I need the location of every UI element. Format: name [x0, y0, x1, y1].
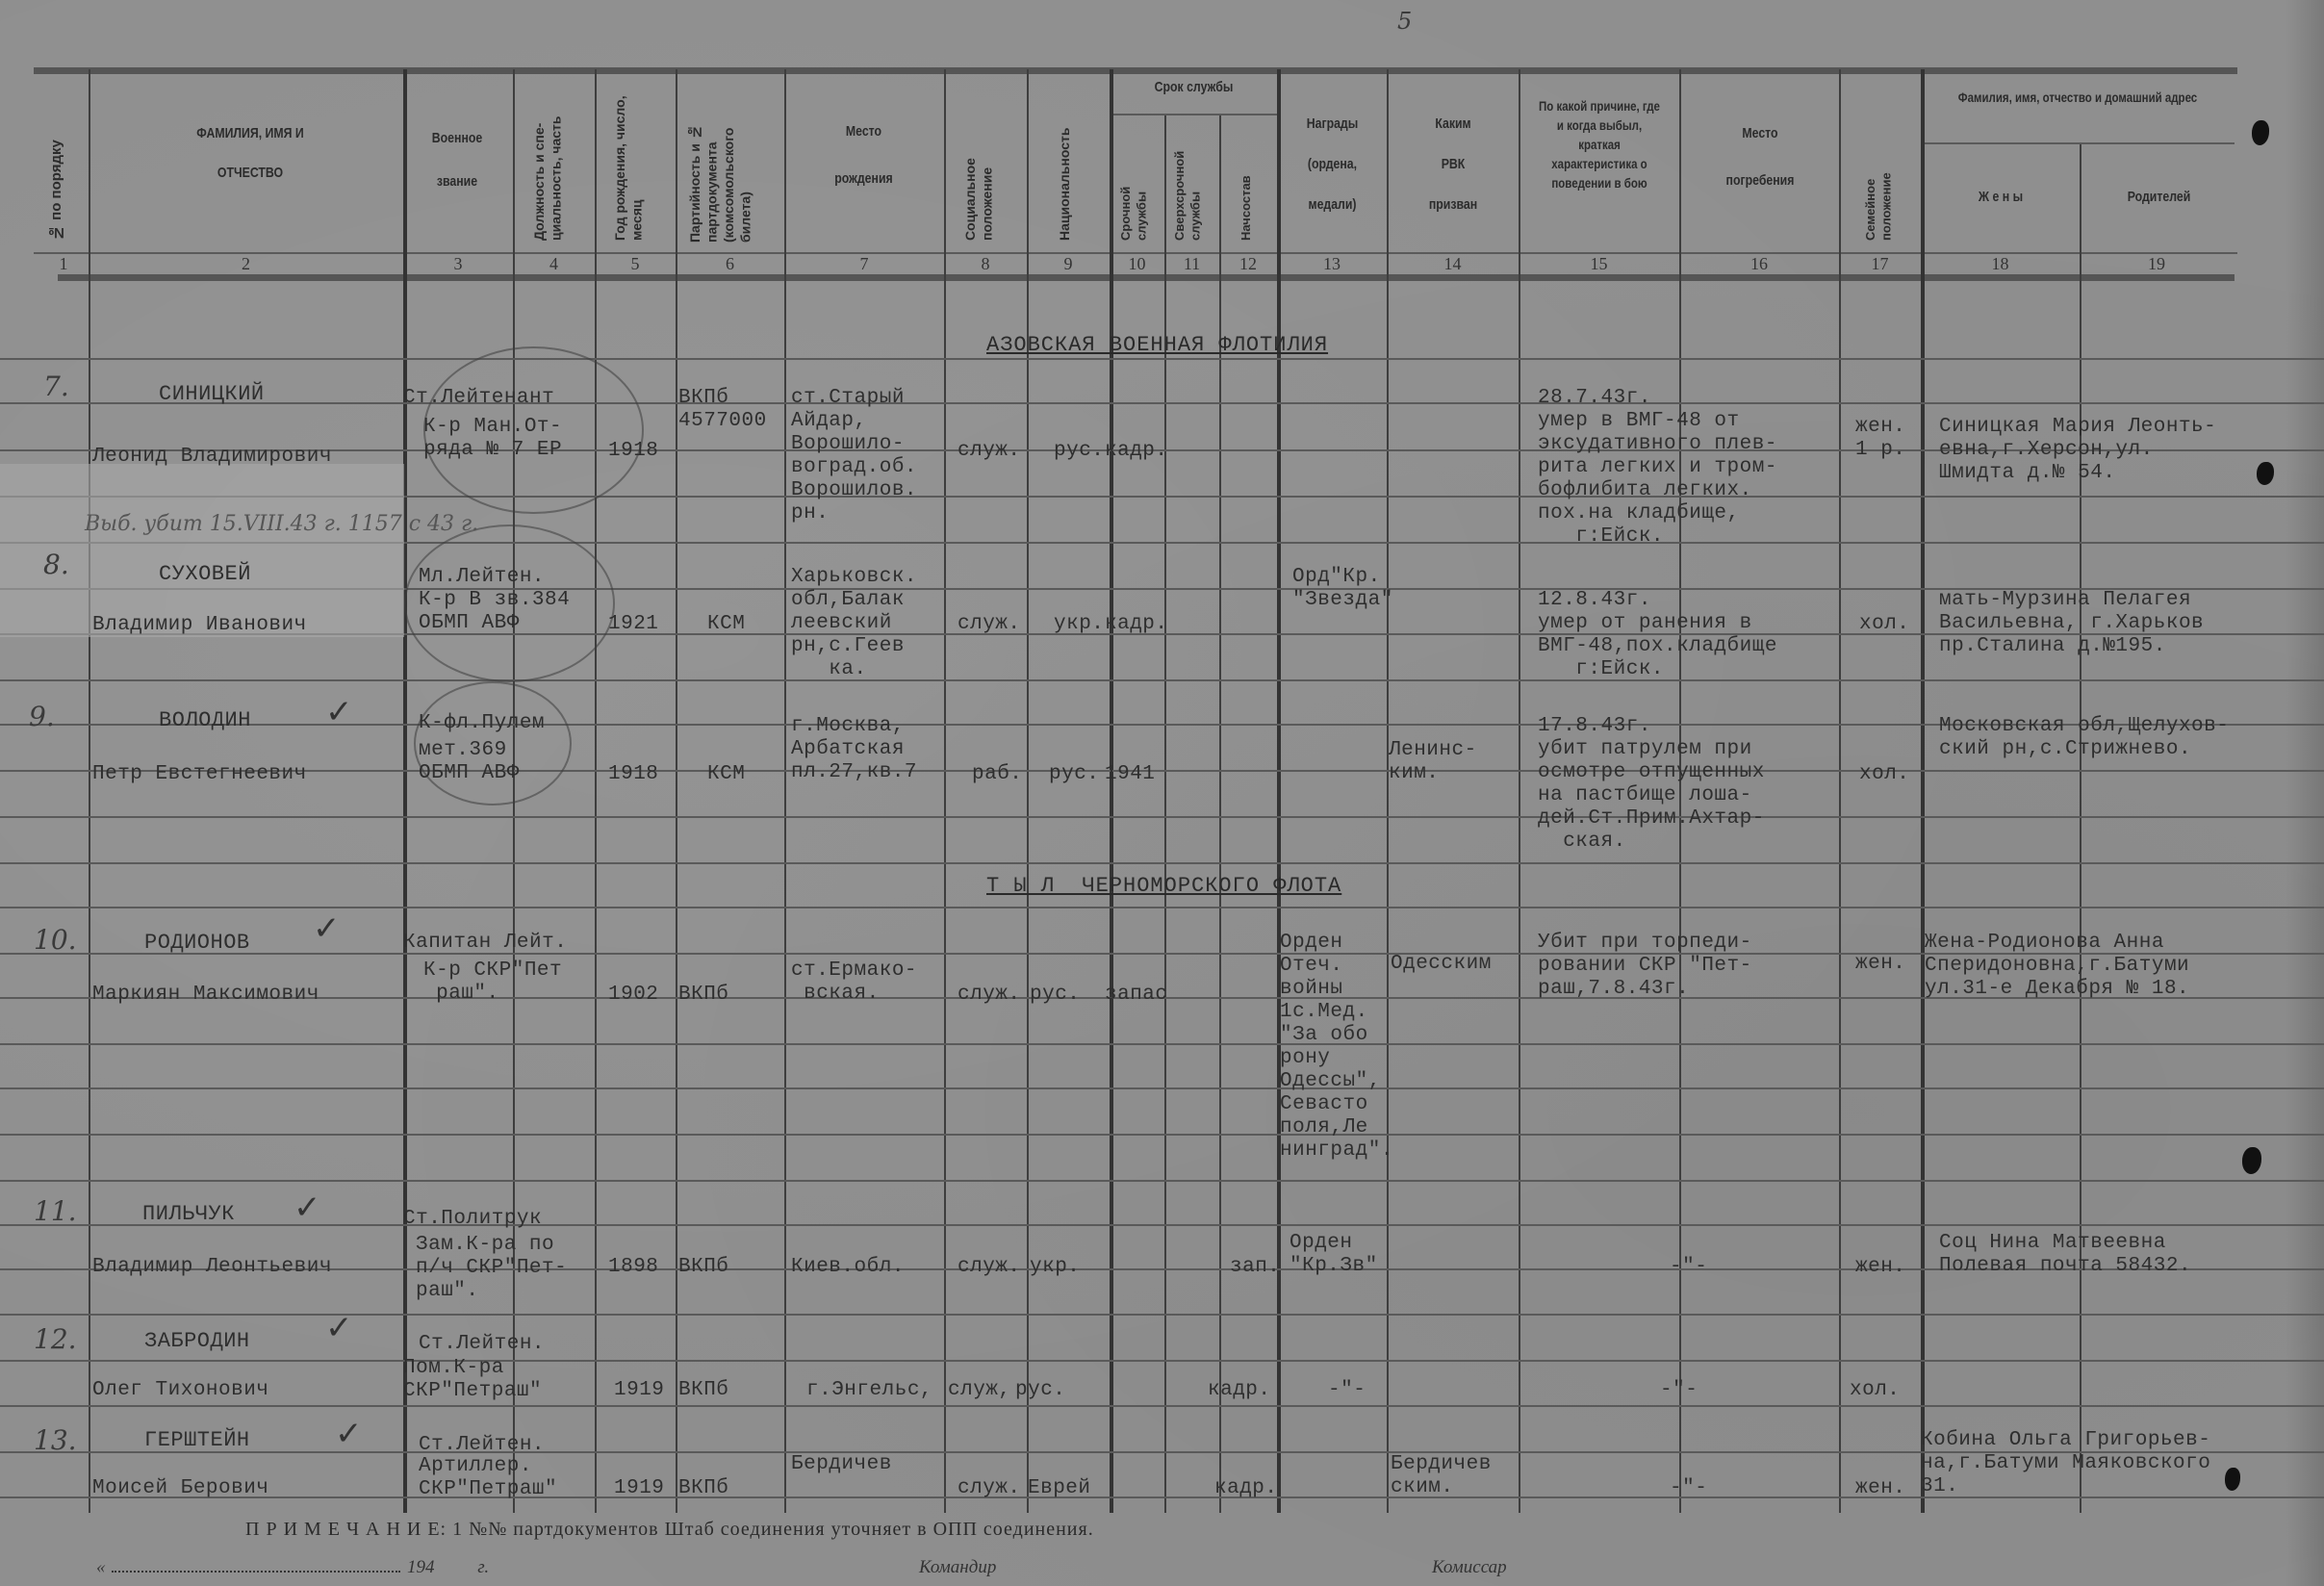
header-col-3-line1: Военное [418, 130, 497, 148]
header-col-14: Каким РВК призван [1403, 111, 1504, 218]
social-status: служ. [958, 440, 1021, 463]
service-term: кадр. [1214, 1477, 1278, 1500]
given-name: Моисей Берович [92, 1477, 268, 1500]
rank: Ст.Лейтен. [419, 1434, 545, 1457]
family-status: жен. [1855, 953, 1905, 976]
given-name: Владимир Леонтьевич [92, 1256, 332, 1279]
ledger-line [0, 907, 2324, 908]
family-status: хол. [1859, 613, 1909, 636]
rank: Ст.Лейтенант [403, 387, 554, 410]
punch-hole [2242, 1147, 2261, 1174]
header-col-7-line1: Место [803, 123, 925, 141]
rank: Ст.Лейтен. [419, 1333, 545, 1356]
punch-hole [2225, 1468, 2240, 1491]
wife-address: мать-Мурзина Пелагея Васильевна, г.Харьк… [1939, 589, 2204, 658]
date-open-quote: « [96, 1557, 106, 1577]
conscription-office: Ленинс- ким. [1389, 739, 1477, 785]
header-col-3: Военное звание [418, 130, 497, 192]
party: КСМ [707, 763, 745, 786]
header-col-7-line2: рождения [803, 170, 925, 189]
col-num-18: 18 [1921, 254, 2080, 274]
punch-hole [2257, 462, 2274, 485]
header-col-17: Семейное положение [1863, 144, 1902, 241]
service-term: 1941 [1105, 763, 1155, 786]
ledger-line [0, 862, 2324, 864]
date-suffix: г. [477, 1557, 489, 1577]
ledger-line [0, 770, 2324, 772]
given-name: Маркиян Максимович [92, 984, 319, 1007]
birthplace: Харьковск. обл,Балак леевский рн,с.Геев … [791, 566, 917, 681]
reason: -"- [1660, 1379, 1698, 1402]
awards: Орден "Кр.Зв" [1290, 1232, 1378, 1278]
row-number: 10. [34, 924, 77, 956]
surname: ГЕРШТЕЙН [144, 1429, 250, 1452]
rank: Капитан Лейт. [403, 932, 567, 955]
checkmark-icon: ✓ [335, 1415, 363, 1453]
commissar-signature-label: Комиссар [1432, 1557, 1507, 1578]
reason: 12.8.43г. умер от ранения в ВМГ-48,пох.к… [1538, 589, 1777, 681]
reason: 28.7.43г. умер в ВМГ-48 от эксудативного… [1538, 387, 1777, 549]
commander-signature-label: Командир [919, 1557, 996, 1578]
header-col-6: Партийность и № партдокумента (комсомоль… [687, 77, 774, 243]
surname: ЗАБРОДИН [144, 1330, 250, 1353]
ledger-line [0, 1224, 2324, 1226]
header-col-2-line1: ФАМИЛИЯ, ИМЯ И [140, 125, 361, 143]
footer-note-label: П Р И М Е Ч А Н И Е: [245, 1519, 447, 1540]
header-col-18: Ж е н ы [1938, 189, 2063, 207]
col-num-1: 1 [38, 254, 89, 274]
col-num-4: 4 [513, 254, 595, 274]
header-col-16-line1: Место [1698, 125, 1823, 143]
row-number: 8. [43, 549, 69, 580]
header-col-15: По какой причине, где и когда выбыл, кра… [1536, 96, 1662, 192]
awards: Орд"Кр. "Звезда" [1292, 566, 1393, 612]
header-col-13-line2: (ордена, [1290, 151, 1373, 178]
ledger-line [0, 402, 2324, 404]
ledger-line [0, 1087, 2324, 1089]
header-col-13-line3: медали) [1290, 192, 1373, 218]
position: мет.369 ОБМП АВФ [419, 739, 520, 785]
social-status: служ, [948, 1379, 1011, 1402]
birth-year: 1898 [608, 1256, 658, 1279]
row-number: 12. [34, 1323, 77, 1355]
date-year: 194 [407, 1557, 435, 1577]
section-title-black-sea: Т Ы Л ЧЕРНОМОРСКОГО ФЛОТА [986, 874, 1341, 898]
header-col-2-line2: ОТЧЕСТВО [140, 165, 361, 183]
col-num-12: 12 [1219, 254, 1277, 274]
nationality: рус. [1049, 763, 1099, 786]
service-term: кадр. [1105, 440, 1168, 463]
position: К-р Ман.От- ряда № 7 ЕР [423, 416, 562, 462]
rank: К-фл.Пулем [419, 712, 545, 735]
col-num-19: 19 [2080, 254, 2234, 274]
service-term: запас [1105, 984, 1168, 1007]
checkmark-icon: ✓ [325, 693, 353, 731]
position: Зам.К-ра по п/ч СКР"Пет- раш". [416, 1234, 567, 1303]
header-col-7: Место рождения [803, 123, 925, 189]
col-divider-14 [1519, 69, 1520, 1513]
position: Артиллер. СКР"Петраш" [419, 1455, 557, 1501]
family-group-rule [1921, 142, 2235, 144]
surname: ПИЛЬЧУК [142, 1203, 235, 1226]
ledger-line [0, 1405, 2324, 1407]
col-divider-5 [676, 69, 677, 1513]
service-term: кадр. [1105, 613, 1168, 636]
social-status: служ. [958, 984, 1021, 1007]
wife-address: Соц Нина Матвеевна Полевая почта 58432. [1939, 1232, 2191, 1278]
col-divider-16 [1839, 69, 1841, 1513]
nationality: Еврей [1028, 1477, 1091, 1500]
col-num-15: 15 [1519, 254, 1679, 274]
social-status: служ. [958, 613, 1021, 636]
col-divider-17 [1921, 69, 1925, 1513]
given-name: Владимир Иванович [92, 614, 307, 637]
col-divider-8 [1027, 69, 1029, 1513]
birthplace: г.Москва, Арбатская пл.27,кв.7 [791, 715, 917, 784]
nationality: укр. [1054, 613, 1104, 636]
col-divider-18 [2080, 144, 2081, 1513]
header-col-14-line1: Каким [1403, 111, 1504, 138]
col-divider-11 [1219, 115, 1221, 1513]
birth-year: 1919 [614, 1477, 664, 1500]
rank: Ст.Политрук [403, 1208, 542, 1231]
party: ВКПб 4577000 [678, 387, 767, 433]
family-status: жен. [1855, 1477, 1905, 1500]
header-col-10: Срочной службы [1118, 159, 1157, 241]
wife-address: Московская обл,Щелухов- ский рн,с.Стрижн… [1939, 715, 2229, 761]
given-name: Олег Тихонович [92, 1379, 268, 1402]
checkmark-icon: ✓ [294, 1189, 321, 1227]
page-marker: 5 [1397, 8, 1412, 35]
ledger-line [0, 1360, 2324, 1362]
header-group-service: Срок службы [1129, 79, 1259, 97]
row-number: 13. [34, 1424, 77, 1456]
birthplace: ст.Старый Айдар, Ворошило- воград.об. Во… [791, 387, 917, 525]
party: ВКПб [678, 1477, 728, 1500]
col-num-8: 8 [944, 254, 1027, 274]
col-num-14: 14 [1387, 254, 1519, 274]
party: ВКПб [678, 1379, 728, 1402]
col-divider-2 [403, 69, 407, 1513]
footer-note-text: 1 №№ партдокументов Штаб соединения уточ… [452, 1519, 1094, 1540]
awards: Орден Отеч. войны 1с.Мед. "За обо рону О… [1280, 932, 1393, 1163]
social-status: служ. [958, 1256, 1021, 1279]
col-num-13: 13 [1277, 254, 1387, 274]
col-divider-13 [1387, 69, 1389, 1513]
given-name: Петр Евстегнеевич [92, 763, 307, 786]
position: Пом.К-ра СКР"Петраш" [403, 1357, 542, 1403]
col-num-3: 3 [403, 254, 513, 274]
header-col-14-line3: призван [1403, 192, 1504, 218]
reason: Убит при торпеди- ровании СКР "Пет- раш,… [1538, 932, 1752, 1001]
checkmark-icon: ✓ [325, 1309, 353, 1347]
col-num-9: 9 [1027, 254, 1110, 274]
nationality: рус. [1030, 984, 1080, 1007]
service-group-rule [1110, 114, 1277, 115]
row-number: 9. [29, 701, 55, 732]
header-top-rule [34, 67, 2237, 74]
birthplace: ст.Ермако- вская. [791, 959, 917, 1006]
col-num-5: 5 [595, 254, 676, 274]
header-col-16-line2: погребения [1698, 172, 1823, 191]
service-term: зап. [1230, 1256, 1280, 1279]
birthplace: Бердичев [791, 1453, 892, 1476]
header-col-5: Год рождения, число, месяц [612, 82, 660, 241]
rank: Мл.Лейтен. [419, 566, 545, 589]
handwritten-note: Выб. убит 15.VIII.43 г. 1157 с 43 г. [85, 512, 478, 536]
ledger-line [0, 358, 2324, 360]
party: ВКПб [678, 1256, 728, 1279]
social-status: раб. [972, 763, 1022, 786]
conscription-office: Одесским [1391, 953, 1492, 976]
col-num-6: 6 [676, 254, 784, 274]
birth-year: 1902 [608, 984, 658, 1007]
header-col-19: Родителей [2098, 189, 2220, 207]
ledger-line [0, 816, 2324, 818]
col-num-7: 7 [784, 254, 944, 274]
party: ВКПб [678, 984, 728, 1007]
reason: -"- [1670, 1477, 1707, 1500]
birth-year: 1918 [608, 763, 658, 786]
family-status: жен. [1855, 1256, 1905, 1279]
ledger-line [0, 1180, 2324, 1182]
surname: СИНИЦКИЙ [159, 383, 265, 406]
col-divider-10 [1164, 115, 1166, 1513]
col-divider-4 [595, 69, 597, 1513]
footer-date: « 194 г. [96, 1557, 489, 1578]
col-num-2: 2 [89, 254, 403, 274]
wife-address: Кобина Ольга Григорьев- на,г.Батуми Маяк… [1921, 1429, 2210, 1498]
header-col-11: Сверхсрочной службы [1172, 135, 1211, 241]
birth-year: 1919 [614, 1379, 664, 1402]
header-col-13: Награды (ордена, медали) [1290, 111, 1373, 218]
punch-hole [2252, 120, 2269, 145]
section-title-azov: АЗОВСКАЯ ВОЕННАЯ ФЛОТИЛИЯ [986, 333, 1328, 357]
page-edge-shadow [2286, 0, 2324, 1586]
header-col-16: Место погребения [1698, 125, 1823, 191]
family-status: хол. [1850, 1379, 1900, 1402]
surname: ВОЛОДИН [159, 709, 251, 732]
given-name: Леонид Владимирович [92, 446, 332, 469]
header-col-1: № по порядку [48, 115, 66, 241]
wife-address: Синицкая Мария Леонть- евна,г.Херсон,ул.… [1939, 416, 2216, 485]
header-col-8: Социальное положение [962, 115, 1010, 241]
col-num-11: 11 [1164, 254, 1219, 274]
header-col-12: Начсостав [1239, 154, 1263, 241]
family-status: хол. [1859, 763, 1909, 786]
header-col-4: Должность и спе-циальность, часть [531, 82, 579, 241]
family-status: жен. 1 р. [1855, 416, 1905, 462]
ledger-line [0, 1043, 2324, 1045]
party: КСМ [707, 613, 745, 636]
checkmark-icon: ✓ [313, 909, 341, 948]
wife-address: Жена-Родионова Анна Сперидоновна,г.Батум… [1925, 932, 2189, 1001]
header-group-family: Фамилия, имя, отчество и домашний адрес [1953, 85, 2204, 110]
awards: -"- [1328, 1379, 1366, 1402]
birth-year: 1918 [608, 440, 658, 463]
col-divider-6 [784, 69, 786, 1513]
header-col-2: ФАМИЛИЯ, ИМЯ И ОТЧЕСТВО [140, 125, 361, 183]
ledger-line [0, 679, 2324, 681]
header-col-14-line2: РВК [1403, 151, 1504, 178]
ledger-line [0, 1134, 2324, 1136]
col-divider-7 [944, 69, 946, 1513]
nationality: укр. [1030, 1256, 1080, 1279]
col-divider-12 [1277, 69, 1281, 1513]
nationality: рус. [1054, 440, 1104, 463]
reason: 17.8.43г. убит патрулем при осмотре отпу… [1538, 715, 1765, 854]
col-num-10: 10 [1110, 254, 1164, 274]
col-num-16: 16 [1679, 254, 1839, 274]
col-num-17: 17 [1839, 254, 1921, 274]
position: К-р СКР"Пет раш". [423, 959, 562, 1006]
position: К-р В зв.384 ОБМП АВФ [419, 589, 570, 635]
birthplace: Киев.обл. [791, 1256, 905, 1279]
col-divider-9 [1110, 69, 1113, 1513]
header-col-3-line2: звание [418, 173, 497, 192]
social-status: служ. [958, 1477, 1021, 1500]
surname: РОДИОНОВ [144, 932, 250, 955]
reason: -"- [1670, 1256, 1707, 1279]
document-page: 5 № по порядку ФАМИЛИЯ, ИМЯ И ОТЧЕСТВО В… [0, 0, 2324, 1586]
footer-note: П Р И М Е Ч А Н И Е: 1 №№ партдокументов… [245, 1519, 1094, 1541]
date-blank-line [112, 1571, 400, 1573]
header-col-9: Национальность [1057, 96, 1081, 241]
service-term: кадр. [1208, 1379, 1271, 1402]
col-divider-1 [89, 69, 90, 1513]
conscription-office: Бердичев ским. [1391, 1453, 1492, 1499]
surname: СУХОВЕЙ [159, 563, 251, 586]
birth-year: 1921 [608, 613, 658, 636]
header-bottom-rule [58, 274, 2235, 281]
nationality: рус. [1015, 1379, 1065, 1402]
row-number: 11. [34, 1195, 77, 1227]
header-col-13-line1: Награды [1290, 111, 1373, 138]
birthplace: г.Энгельс, [806, 1379, 932, 1402]
row-number: 7. [43, 371, 69, 402]
